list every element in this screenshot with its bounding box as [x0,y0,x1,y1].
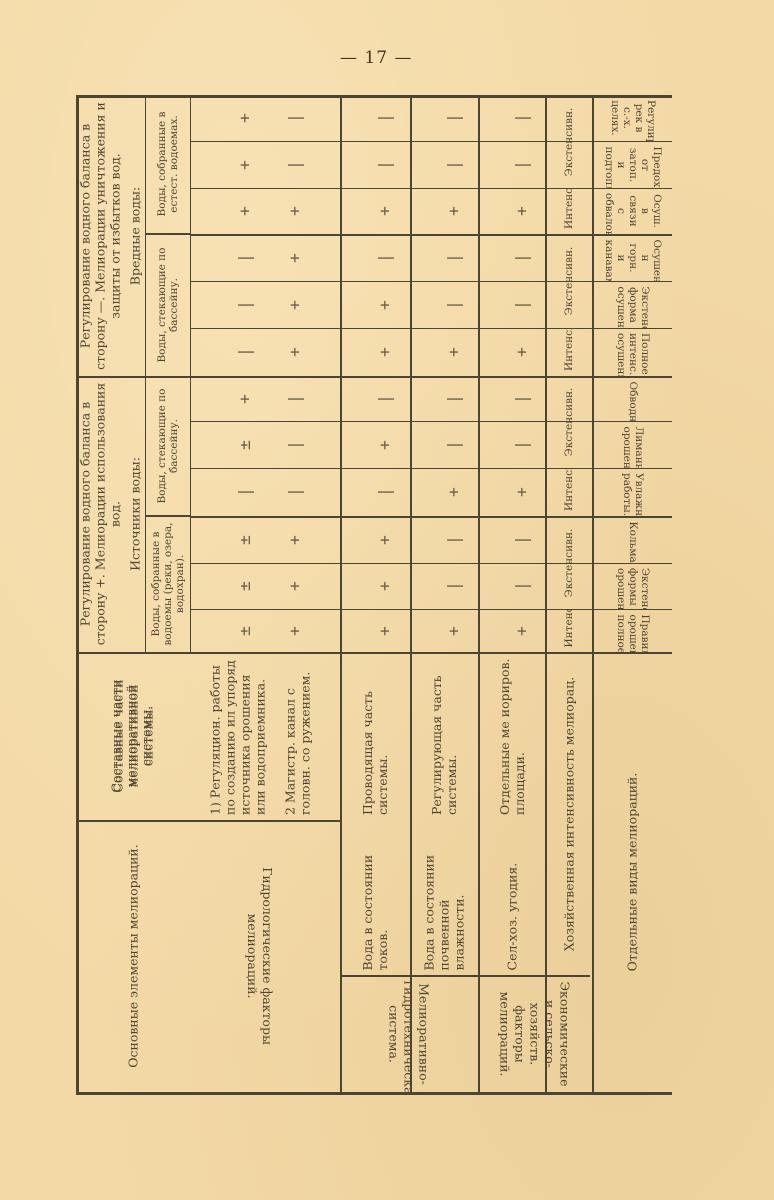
kind-label: Осушение н горн. и канавами. [603,239,663,276]
kind-label: Лиманное орошение. [621,426,645,463]
column-bottom-label: Вода в состоянии почвенной влажности. [422,825,467,970]
page-number: — 17 — [340,48,412,68]
intensity-label: Интенсивн. [563,193,575,229]
column-top-label: Отдельные ме иориров. площади. [497,657,527,815]
sign-mark: | [446,160,462,170]
intensity-label-cell: Экстенсивн. [545,95,592,188]
group-subtitle: Источники воды: [127,381,142,647]
column-top-label: Проводящая часть системы. [360,657,390,815]
kind-label-cell: Экстенс. формы орошения. [594,563,672,609]
sign-mark: | [446,535,462,545]
intensity-header-cell: Хозяйственная интенсивность мелиорац. [545,652,592,975]
subgroup-label-cell: Воды, собранные в водоемы (реки, озера, … [145,515,190,652]
kind-label-cell: Лиманное орошение. [594,421,672,468]
column-top-label-cell: Регулирующая часть системы. [410,652,478,820]
sign-mark: + [514,206,530,216]
sign-mark: | [377,160,393,170]
subgroup-label-cell: Воды, стекающие по бассейну. [145,376,190,515]
row-header-bottom: Основные элементы мелиораций. [126,825,141,1087]
sign-mark: | [287,113,303,123]
sign-mark: ± [237,581,253,591]
kind-label-cell: Обводнение [594,376,672,421]
sign-mark: + [514,487,530,497]
kind-label-cell: Правильное орошение полное. [594,609,672,652]
sign-mark: | [287,160,303,170]
kind-label: Увлажнит. работы. [621,473,645,511]
subgroup-label-cell: Воды, собранные в естест. водоемах. [145,95,190,233]
intensity-label: Интенсивн. [563,333,575,371]
sign-mark: | [377,253,393,263]
kind-label: Предохр. от затоп. и подтоплен. [603,146,663,183]
column-bottom-label-cell: Вода в состоянии токов. [340,820,410,975]
group-title-cell: Регулирование водного баланса в сторону … [76,95,124,376]
sign-mark: | [446,300,462,310]
sign-mark: + [446,487,462,497]
sign-mark: + [446,347,462,357]
sign-mark: + [237,206,253,216]
kinds-header: Отдельные виды мелиораций. [625,657,640,1087]
sign-mark: | [514,440,530,450]
horizontal-rule [545,468,592,469]
sign-mark: | [237,347,253,357]
sign-mark: | [446,440,462,450]
horizontal-rule [545,328,592,329]
subgroup-label-cell: Воды, стекающие по бассейну. [145,233,190,376]
vertical-rule [190,95,191,652]
sign-mark: | [287,394,303,404]
sign-mark: + [377,206,393,216]
sign-mark: | [514,394,530,404]
column-top-label-cell: Отдельные ме иориров. площади. [478,652,545,820]
sign-mark: + [237,160,253,170]
kind-label-cell: Экстенсив. форма осушения. [594,281,672,328]
kind-label-cell: Увлажнит. работы. [594,468,672,516]
kind-label-cell: Предохр. от затоп. и подтоплен. [594,141,672,188]
sign-mark: | [446,113,462,123]
horizontal-rule [545,95,592,97]
sign-mark: ± [237,626,253,636]
factor-group-label-cell: Гидрологические факторы мелиораций. [180,820,340,1092]
intensity-label: Экстенсивн. [563,521,575,604]
kind-label-cell: Осушение н горн. и канавами. [594,234,672,281]
subgroup-label: Воды, стекающие по бассейну. [156,381,180,510]
column-bottom-label-cell: Вода в состоянии почвенной влажности. [410,820,478,975]
sign-mark: | [377,113,393,123]
kind-label: Обводнение [627,381,639,416]
factor-group-label-cell: Мелиоративно-гидротехническая система. [340,975,478,1092]
sign-mark: | [237,253,253,263]
sign-mark: | [514,581,530,591]
sign-mark: | [446,394,462,404]
intensity-label: Экстенсивн. [563,381,575,463]
sign-mark: | [514,253,530,263]
kind-label: Экстенс. формы орошения. [615,568,651,604]
sign-mark: | [377,394,393,404]
kind-label-cell: Кольматаж. [594,516,672,563]
sign-mark: + [377,535,393,545]
group-subtitle: Вредные воды: [127,100,142,371]
intensity-header: Хозяйственная интенсивность мелиорац. [561,657,576,970]
sign-mark: | [287,440,303,450]
sign-mark: | [287,487,303,497]
intensity-label-cell: Интенсивн. [545,188,592,234]
kind-label: Правильное орошение полное. [615,614,651,647]
subgroup-label: Воды, собранные в естест. водоемах. [156,100,180,228]
horizontal-rule [545,609,592,610]
sign-mark: ± [237,440,253,450]
kind-label: Полное интенс. осушение. [615,333,651,371]
intensity-label: Интенсивн. [563,473,575,511]
sign-mark: | [514,160,530,170]
factor-group-label: Мелиоративно-гидротехническая система. [387,980,432,1087]
sign-mark: + [287,626,303,636]
row-header-top: Составные части мелиоративной системы. [109,657,154,815]
sign-mark: + [446,206,462,216]
sign-mark: + [237,113,253,123]
sign-mark: | [446,581,462,591]
sign-mark: + [377,300,393,310]
horizontal-rule [545,516,592,518]
horizontal-rule [76,1092,672,1095]
column-top-label: 1) Регуляцион. работы по созданию ил упо… [208,657,313,815]
kind-label: Экстенсив. форма осушения. [615,286,651,323]
row-header-bottom-cell: Основные элементы мелиораций. [76,820,190,1092]
sign-mark: + [287,347,303,357]
group-title-cell: Регулирование водного баланса в сторону … [76,376,124,652]
kind-label: Регулир. рек в с.-х. целях. [609,100,657,136]
kind-label: Кольматаж. [627,521,639,558]
sign-mark: ± [237,535,253,545]
sign-mark: + [446,626,462,636]
sign-mark: | [237,487,253,497]
sign-mark: + [377,626,393,636]
column-bottom-label: Вода в состоянии токов. [360,825,390,970]
kind-label: Осуш. в связи с обвалован. [603,193,663,229]
column-top-label-cell: Проводящая часть системы. [340,652,410,820]
sign-mark: + [377,581,393,591]
sign-mark: | [514,300,530,310]
column-top-label: Регулирующая часть системы. [429,657,459,815]
group-title: Регулирование водного баланса в сторону … [78,100,123,371]
kind-label-cell: Полное интенс. осушение. [594,328,672,376]
intensity-label-cell: Экстенсивн. [545,376,592,468]
sign-mark: + [237,394,253,404]
subgroup-label: Воды, стекающие по бассейну. [156,238,180,371]
sign-mark: | [237,300,253,310]
intensity-label: Экстенсивн. [563,100,575,183]
factor-group-label: Экономические и сельско-хозяйств. фактор… [498,980,573,1087]
sign-mark: + [287,206,303,216]
group-subtitle-cell: Источники воды: [124,376,145,652]
horizontal-rule [545,188,592,189]
intensity-label-cell: Интенсивн. [545,328,592,376]
intensity-label-cell: Интенсивн. [545,468,592,516]
factor-group-label: Гидрологические факторы мелиораций. [245,825,275,1087]
intensity-label-cell: Экстенсивн. [545,234,592,328]
row-header-top-cell: Составные части мелиоративной системы. [76,652,186,820]
column-bottom-label: Сел-хоз. угодия. [504,825,519,970]
sign-mark: + [287,581,303,591]
kinds-header-cell: Отдельные виды мелиораций. [592,652,672,1092]
intensity-label-cell: Интенсивн. [545,609,592,652]
sign-mark: | [514,535,530,545]
sign-mark: + [514,347,530,357]
sign-mark: + [287,253,303,263]
kind-label-cell: Осуш. в связи с обвалован. [594,188,672,234]
column-bottom-label-cell: Сел-хоз. угодия. [478,820,545,975]
factor-group-label-cell: Экономические и сельско-хозяйств. фактор… [478,975,592,1092]
column-top-label-cell: 1) Регуляцион. работы по созданию ил упо… [180,652,340,820]
sign-mark: | [514,113,530,123]
sign-mark: + [514,626,530,636]
sign-mark: + [287,535,303,545]
horizontal-rule [545,234,592,236]
group-title: Регулирование водного баланса в сторону … [78,381,123,647]
intensity-label: Экстенсивн. [563,239,575,323]
subgroup-label: Воды, собранные в водоемы (реки, озера, … [150,520,186,647]
sign-mark: | [377,487,393,497]
sign-mark: + [377,347,393,357]
sign-mark: | [446,253,462,263]
sign-mark: + [377,440,393,450]
sign-mark: + [287,300,303,310]
intensity-label: Интенсивн. [563,614,575,647]
horizontal-rule [545,376,592,378]
intensity-label-cell: Экстенсивн. [545,516,592,609]
kind-label-cell: Регулир. рек в с.-х. целях. [594,95,672,141]
group-subtitle-cell: Вредные воды: [124,95,145,376]
